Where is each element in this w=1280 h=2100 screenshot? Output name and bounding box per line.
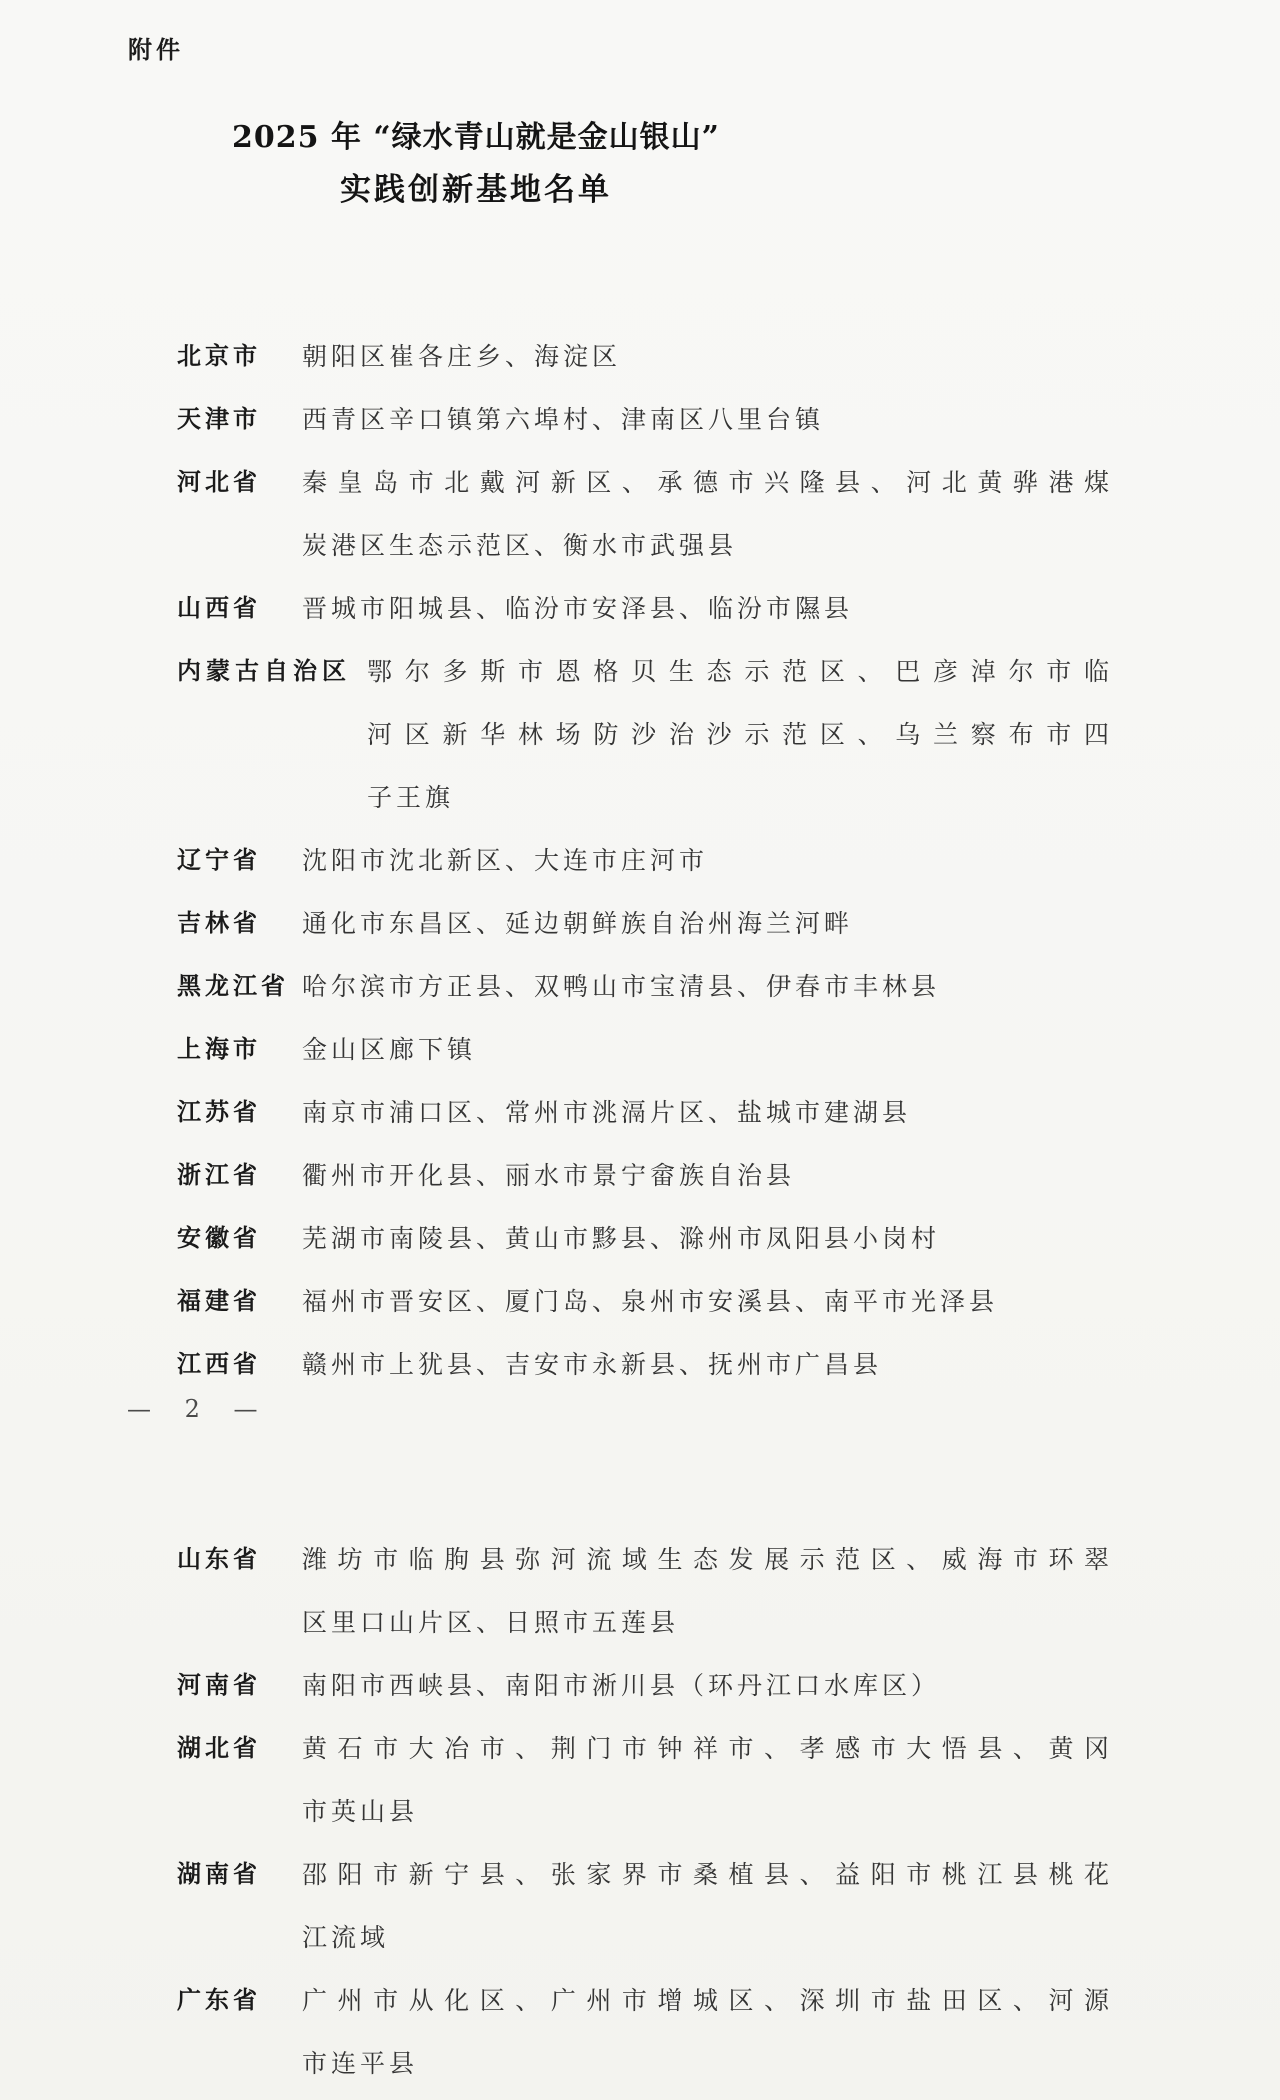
province-label: 广东省 [177, 1969, 302, 2032]
entry-row: 上海市金山区廊下镇 [0, 1018, 1280, 1081]
entry-line: 哈尔滨市方正县、双鸭山市宝清县、伊春市丰林县 [302, 955, 1110, 1018]
entry-line: 沈阳市沈北新区、大连市庄河市 [302, 829, 1110, 892]
entry-line: 鄂尔多斯市恩格贝生态示范区、巴彦淖尔市临 [367, 640, 1110, 703]
entry-line: 广州市从化区、广州市增城区、深圳市盐田区、河源 [302, 1969, 1110, 2032]
entry-content: 潍坊市临朐县弥河流域生态发展示范区、威海市环翠区里口山片区、日照市五莲县 [302, 1528, 1110, 1654]
title-line-1: 2025 年 “绿水青山就是金山银山” [120, 112, 832, 164]
province-label: 河南省 [177, 1654, 302, 1717]
entry-content: 黄石市大冶市、荆门市钟祥市、孝感市大悟县、黄冈市英山县 [302, 1717, 1110, 1843]
entry-line: 邵阳市新宁县、张家界市桑植县、益阳市桃江县桃花 [302, 1843, 1110, 1906]
entry-content: 南京市浦口区、常州市洮滆片区、盐城市建湖县 [302, 1081, 1110, 1144]
province-label: 北京市 [177, 325, 302, 388]
province-label: 浙江省 [177, 1144, 302, 1207]
province-label: 黑龙江省 [177, 955, 302, 1018]
entry-line: 赣州市上犹县、吉安市永新县、抚州市广昌县 [302, 1333, 1110, 1396]
entry-row: 湖南省邵阳市新宁县、张家界市桑植县、益阳市桃江县桃花江流域 [0, 1843, 1280, 1969]
entry-row: 安徽省芜湖市南陵县、黄山市黟县、滁州市凤阳县小岗村 [0, 1207, 1280, 1270]
entry-content: 衢州市开化县、丽水市景宁畲族自治县 [302, 1144, 1110, 1207]
entry-line: 芜湖市南陵县、黄山市黟县、滁州市凤阳县小岗村 [302, 1207, 1110, 1270]
province-label: 江西省 [177, 1333, 302, 1396]
entry-row: 黑龙江省哈尔滨市方正县、双鸭山市宝清县、伊春市丰林县 [0, 955, 1280, 1018]
entry-content: 鄂尔多斯市恩格贝生态示范区、巴彦淖尔市临河区新华林场防沙治沙示范区、乌兰察布市四… [367, 640, 1110, 829]
entry-line: 南京市浦口区、常州市洮滆片区、盐城市建湖县 [302, 1081, 1110, 1144]
entry-content: 金山区廊下镇 [302, 1018, 1110, 1081]
entry-row: 浙江省衢州市开化县、丽水市景宁畲族自治县 [0, 1144, 1280, 1207]
province-label: 安徽省 [177, 1207, 302, 1270]
province-label: 河北省 [177, 451, 302, 514]
province-label: 福建省 [177, 1270, 302, 1333]
entry-line: 江流域 [302, 1906, 1110, 1969]
title-line-2: 实践创新基地名单 [120, 164, 832, 216]
entry-row: 山西省晋城市阳城县、临汾市安泽县、临汾市隰县 [0, 577, 1280, 640]
page-number: — 2 — [127, 1392, 263, 1426]
document-title: 2025 年 “绿水青山就是金山银山” 实践创新基地名单 [120, 112, 832, 216]
entry-list-page-1: 北京市朝阳区崔各庄乡、海淀区天津市西青区辛口镇第六埠村、津南区八里台镇河北省秦皇… [0, 325, 1280, 1396]
entry-row: 山东省潍坊市临朐县弥河流域生态发展示范区、威海市环翠区里口山片区、日照市五莲县 [0, 1528, 1280, 1654]
entry-content: 芜湖市南陵县、黄山市黟县、滁州市凤阳县小岗村 [302, 1207, 1110, 1270]
entry-row: 江西省赣州市上犹县、吉安市永新县、抚州市广昌县 [0, 1333, 1280, 1396]
entry-content: 沈阳市沈北新区、大连市庄河市 [302, 829, 1110, 892]
entry-row: 福建省福州市晋安区、厦门岛、泉州市安溪县、南平市光泽县 [0, 1270, 1280, 1333]
entry-content: 赣州市上犹县、吉安市永新县、抚州市广昌县 [302, 1333, 1110, 1396]
province-label: 内蒙古自治区 [177, 640, 367, 703]
entry-row: 辽宁省沈阳市沈北新区、大连市庄河市 [0, 829, 1280, 892]
entry-content: 南阳市西峡县、南阳市淅川县（环丹江口水库区） [302, 1654, 1110, 1717]
attachment-label: 附件 [128, 30, 184, 65]
entry-row: 北京市朝阳区崔各庄乡、海淀区 [0, 325, 1280, 388]
entry-content: 福州市晋安区、厦门岛、泉州市安溪县、南平市光泽县 [302, 1270, 1110, 1333]
entry-row: 河北省秦皇岛市北戴河新区、承德市兴隆县、河北黄骅港煤炭港区生态示范区、衡水市武强… [0, 451, 1280, 577]
province-label: 江苏省 [177, 1081, 302, 1144]
province-label: 山东省 [177, 1528, 302, 1591]
entry-line: 市连平县 [302, 2032, 1110, 2095]
entry-line: 福州市晋安区、厦门岛、泉州市安溪县、南平市光泽县 [302, 1270, 1110, 1333]
entry-line: 子王旗 [367, 766, 1110, 829]
entry-content: 广州市从化区、广州市增城区、深圳市盐田区、河源市连平县 [302, 1969, 1110, 2095]
entry-content: 秦皇岛市北戴河新区、承德市兴隆县、河北黄骅港煤炭港区生态示范区、衡水市武强县 [302, 451, 1110, 577]
province-label: 吉林省 [177, 892, 302, 955]
entry-row: 吉林省通化市东昌区、延边朝鲜族自治州海兰河畔 [0, 892, 1280, 955]
entry-row: 天津市西青区辛口镇第六埠村、津南区八里台镇 [0, 388, 1280, 451]
province-label: 湖南省 [177, 1843, 302, 1906]
province-label: 湖北省 [177, 1717, 302, 1780]
entry-line: 晋城市阳城县、临汾市安泽县、临汾市隰县 [302, 577, 1110, 640]
entry-row: 江苏省南京市浦口区、常州市洮滆片区、盐城市建湖县 [0, 1081, 1280, 1144]
entry-line: 区里口山片区、日照市五莲县 [302, 1591, 1110, 1654]
entry-line: 南阳市西峡县、南阳市淅川县（环丹江口水库区） [302, 1654, 1110, 1717]
entry-line: 河区新华林场防沙治沙示范区、乌兰察布市四 [367, 703, 1110, 766]
entry-row: 内蒙古自治区鄂尔多斯市恩格贝生态示范区、巴彦淖尔市临河区新华林场防沙治沙示范区、… [0, 640, 1280, 829]
entry-line: 金山区廊下镇 [302, 1018, 1110, 1081]
entry-row: 广东省广州市从化区、广州市增城区、深圳市盐田区、河源市连平县 [0, 1969, 1280, 2095]
province-label: 天津市 [177, 388, 302, 451]
entry-content: 邵阳市新宁县、张家界市桑植县、益阳市桃江县桃花江流域 [302, 1843, 1110, 1969]
entry-line: 潍坊市临朐县弥河流域生态发展示范区、威海市环翠 [302, 1528, 1110, 1591]
province-label: 上海市 [177, 1018, 302, 1081]
entry-list-page-2: 山东省潍坊市临朐县弥河流域生态发展示范区、威海市环翠区里口山片区、日照市五莲县河… [0, 1528, 1280, 2095]
entry-line: 朝阳区崔各庄乡、海淀区 [302, 325, 1110, 388]
entry-line: 通化市东昌区、延边朝鲜族自治州海兰河畔 [302, 892, 1110, 955]
entry-content: 晋城市阳城县、临汾市安泽县、临汾市隰县 [302, 577, 1110, 640]
entry-line: 秦皇岛市北戴河新区、承德市兴隆县、河北黄骅港煤 [302, 451, 1110, 514]
entry-row: 河南省南阳市西峡县、南阳市淅川县（环丹江口水库区） [0, 1654, 1280, 1717]
entry-content: 西青区辛口镇第六埠村、津南区八里台镇 [302, 388, 1110, 451]
entry-row: 湖北省黄石市大冶市、荆门市钟祥市、孝感市大悟县、黄冈市英山县 [0, 1717, 1280, 1843]
entry-line: 西青区辛口镇第六埠村、津南区八里台镇 [302, 388, 1110, 451]
entry-content: 通化市东昌区、延边朝鲜族自治州海兰河畔 [302, 892, 1110, 955]
province-label: 辽宁省 [177, 829, 302, 892]
entry-content: 哈尔滨市方正县、双鸭山市宝清县、伊春市丰林县 [302, 955, 1110, 1018]
entry-line: 炭港区生态示范区、衡水市武强县 [302, 514, 1110, 577]
entry-line: 市英山县 [302, 1780, 1110, 1843]
entry-line: 衢州市开化县、丽水市景宁畲族自治县 [302, 1144, 1110, 1207]
entry-content: 朝阳区崔各庄乡、海淀区 [302, 325, 1110, 388]
province-label: 山西省 [177, 577, 302, 640]
entry-line: 黄石市大冶市、荆门市钟祥市、孝感市大悟县、黄冈 [302, 1717, 1110, 1780]
